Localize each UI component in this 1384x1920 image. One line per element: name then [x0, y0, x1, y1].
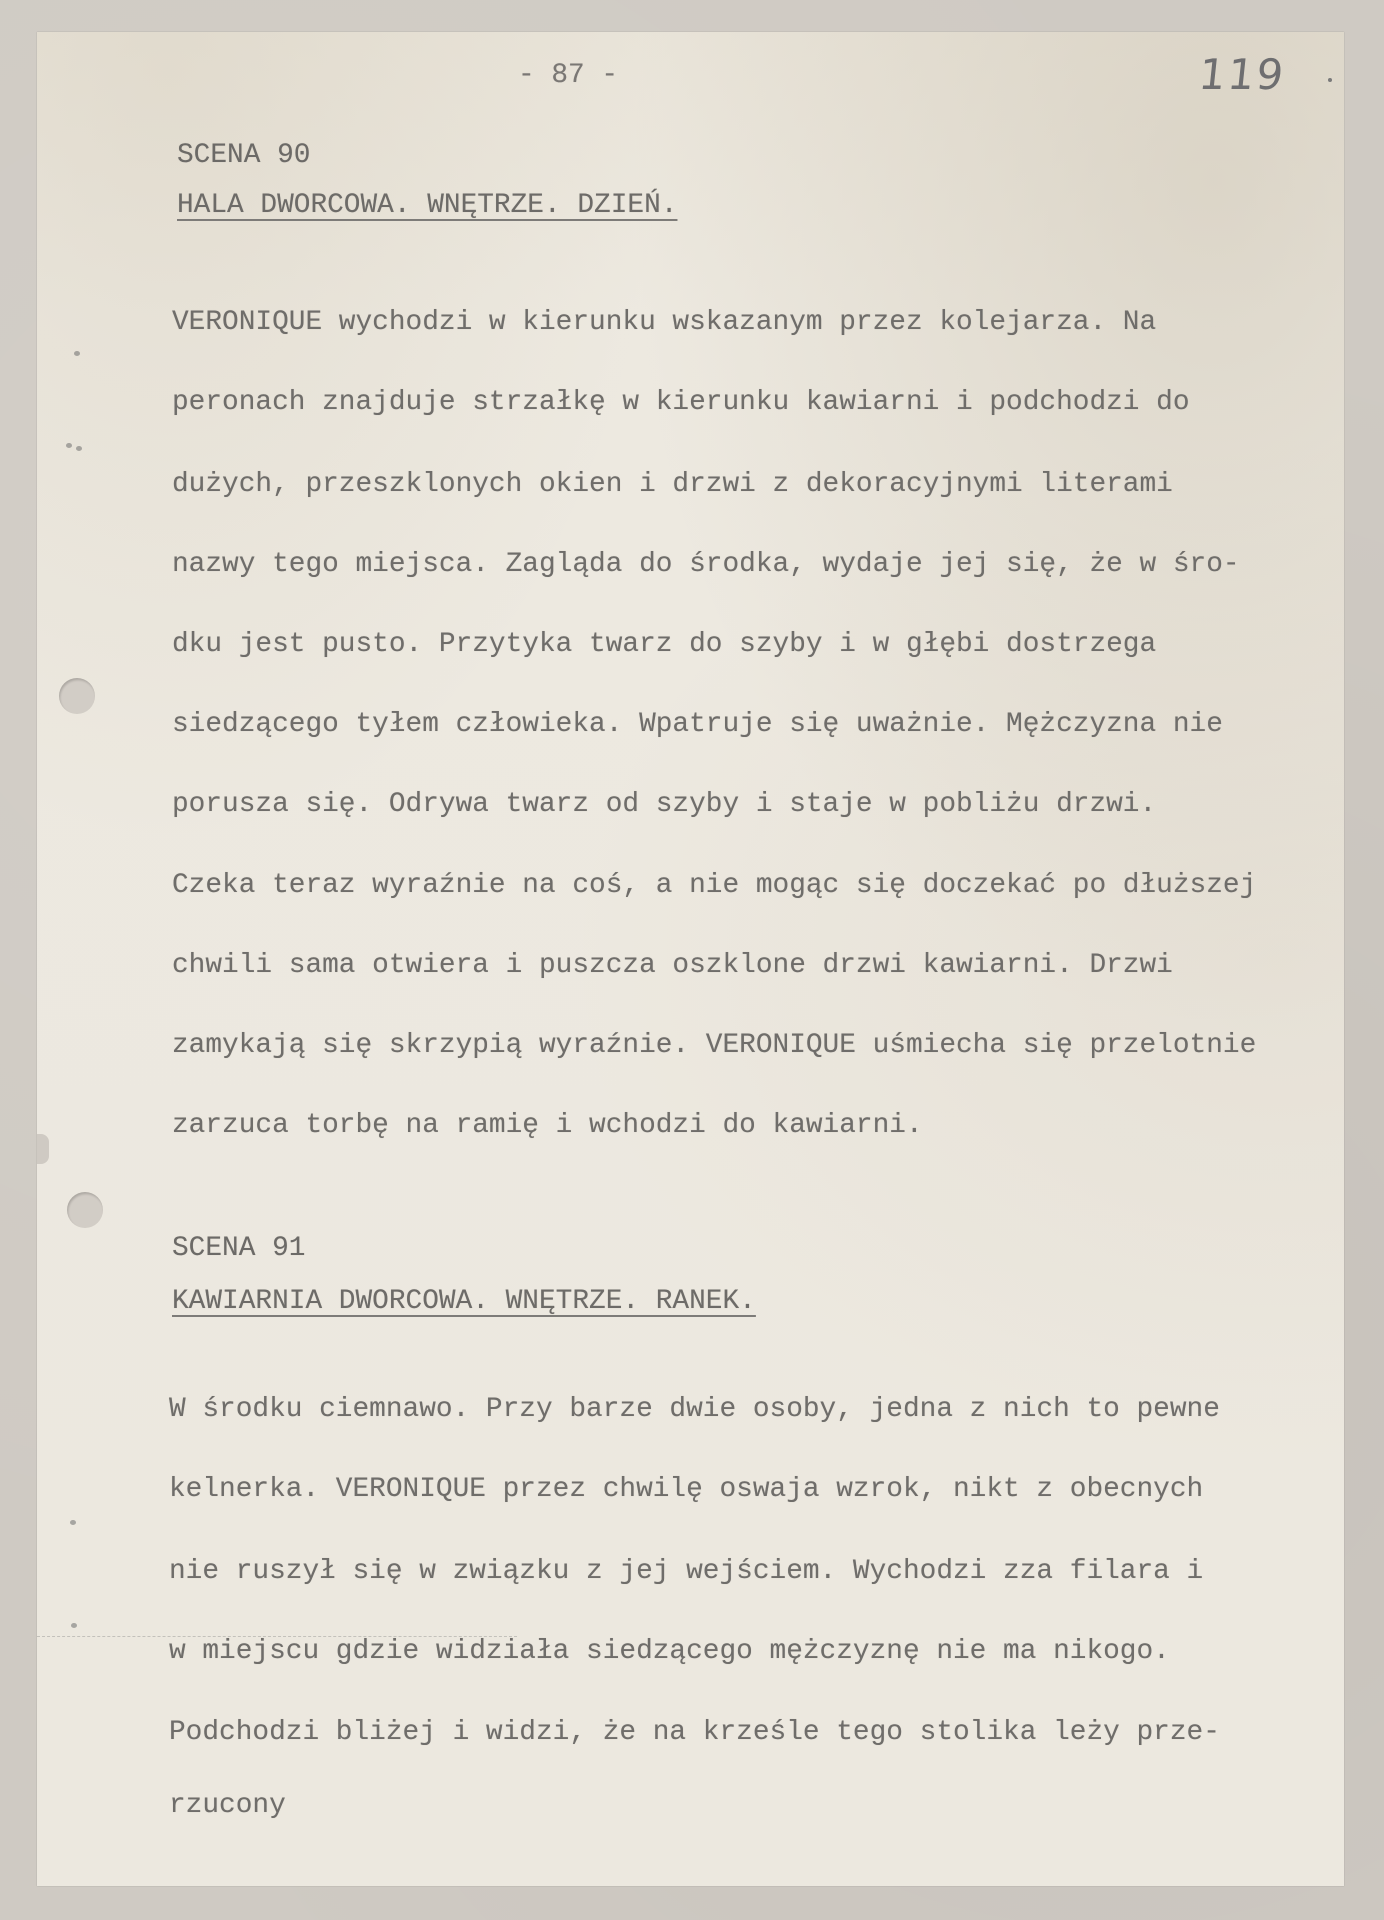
archive-number: 119 [1196, 50, 1287, 99]
punch-hole-bottom [67, 1192, 103, 1228]
text-line: nazwy tego miejsca. Zagląda do środka, w… [172, 551, 1240, 579]
text-line: VERONIQUE wychodzi w kierunku wskazanym … [172, 309, 1156, 337]
text-line: kelnerka. VERONIQUE przez chwilę oswaja … [169, 1476, 1203, 1504]
margin-speck [74, 351, 80, 356]
text-line: rzucony [169, 1792, 286, 1820]
punch-hole-top [59, 678, 95, 714]
text-line: porusza się. Odrywa twarz od szyby i sta… [172, 791, 1156, 819]
pencil-dot [1328, 78, 1332, 82]
text-line: peronach znajduje strzałkę w kierunku ka… [172, 389, 1190, 417]
text-line: W środku ciemnawo. Przy barze dwie osoby… [169, 1396, 1220, 1424]
scene-number: SCENA 91 [172, 1235, 305, 1263]
text-line: nie ruszył się w związku z jej wejściem.… [169, 1558, 1203, 1586]
text-line: dku jest pusto. Przytyka twarz do szyby … [172, 631, 1156, 659]
margin-speck [66, 443, 72, 448]
margin-speck [71, 1623, 77, 1628]
text-line: dużych, przeszklonych okien i drzwi z de… [172, 471, 1173, 499]
text-line: Czeka teraz wyraźnie na coś, a nie mogąc… [172, 872, 1256, 900]
scene-number: SCENA 90 [177, 142, 310, 170]
text-line: siedzącego tyłem człowieka. Wpatruje się… [172, 711, 1223, 739]
edge-notch [37, 1134, 49, 1164]
scene-heading: HALA DWORCOWA. WNĘTRZE. DZIEŃ. [177, 192, 677, 220]
scene-heading: KAWIARNIA DWORCOWA. WNĘTRZE. RANEK. [172, 1288, 756, 1316]
text-line: chwili sama otwiera i puszcza oszklone d… [172, 952, 1173, 980]
margin-speck [70, 1520, 76, 1525]
margin-speck [76, 446, 82, 451]
text-line: zamykają się skrzypią wyraźnie. VERONIQU… [172, 1032, 1256, 1060]
typewritten-page: - 87 - 119 SCENA 90 HALA DWORCOWA. WNĘTR… [37, 32, 1344, 1886]
text-line: zarzuca torbę na ramię i wchodzi do kawi… [172, 1112, 923, 1140]
text-line: w miejscu gdzie widziała siedzącego mężc… [169, 1638, 1170, 1666]
text-line: Podchodzi bliżej i widzi, że na krześle … [169, 1719, 1220, 1747]
page-number: - 87 - [518, 62, 618, 90]
